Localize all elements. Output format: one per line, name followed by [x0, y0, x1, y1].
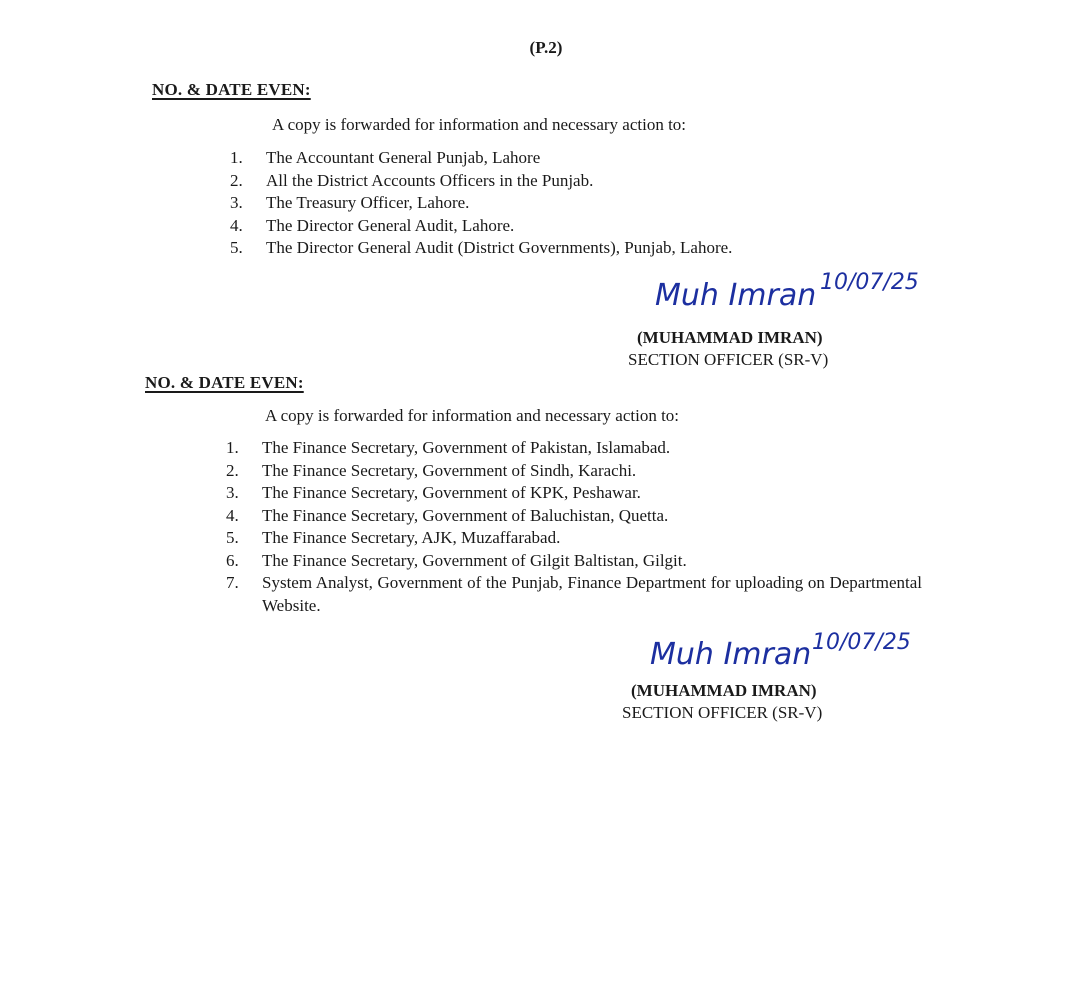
signature-date: 10/07/25 — [812, 630, 911, 655]
item-number: 5. — [230, 237, 266, 260]
item-number: 1. — [230, 147, 266, 170]
signature-date: 10/07/25 — [820, 270, 919, 295]
item-number: 4. — [230, 215, 266, 238]
item-text: The Treasury Officer, Lahore. — [266, 193, 469, 212]
list-item: 2.All the District Accounts Officers in … — [230, 170, 732, 193]
list-item: 3.The Finance Secretary, Government of K… — [226, 482, 922, 505]
page-number: (P.2) — [0, 38, 1080, 58]
list-item: 5.The Finance Secretary, AJK, Muzaffarab… — [226, 527, 922, 550]
item-number: 1. — [226, 437, 262, 460]
item-text: The Finance Secretary, Government of Gil… — [262, 551, 687, 570]
signatory-name: (MUHAMMAD IMRAN) — [637, 328, 823, 348]
item-number: 2. — [226, 460, 262, 483]
item-text: The Finance Secretary, Government of KPK… — [262, 483, 641, 502]
list-item: 7.System Analyst, Government of the Punj… — [226, 572, 922, 617]
recipient-list: 1.The Accountant General Punjab, Lahore … — [230, 147, 732, 260]
item-text: The Finance Secretary, Government of Sin… — [262, 461, 636, 480]
list-item: 2.The Finance Secretary, Government of S… — [226, 460, 922, 483]
item-text: The Director General Audit, Lahore. — [266, 216, 514, 235]
list-item: 1.The Finance Secretary, Government of P… — [226, 437, 922, 460]
handwritten-signature: Muh Imran — [655, 278, 816, 313]
item-text: The Finance Secretary, Government of Pak… — [262, 438, 670, 457]
list-item: 4.The Finance Secretary, Government of B… — [226, 505, 922, 528]
list-item: 5.The Director General Audit (District G… — [230, 237, 732, 260]
section-intro: A copy is forwarded for information and … — [272, 115, 686, 135]
item-text: The Director General Audit (District Gov… — [266, 238, 732, 257]
handwritten-signature: Muh Imran — [650, 637, 811, 672]
item-number: 7. — [226, 572, 262, 617]
signatory-designation: SECTION OFFICER (SR-V) — [622, 703, 822, 723]
item-number: 4. — [226, 505, 262, 528]
section-intro: A copy is forwarded for information and … — [265, 406, 679, 426]
signatory-name: (MUHAMMAD IMRAN) — [631, 681, 817, 701]
list-item: 6.The Finance Secretary, Government of G… — [226, 550, 922, 573]
item-number: 3. — [230, 192, 266, 215]
section-heading: NO. & DATE EVEN: — [152, 80, 311, 100]
signatory-designation: SECTION OFFICER (SR-V) — [628, 350, 828, 370]
item-text: The Finance Secretary, AJK, Muzaffarabad… — [262, 528, 560, 547]
recipient-list: 1.The Finance Secretary, Government of P… — [226, 437, 922, 617]
item-text: All the District Accounts Officers in th… — [266, 171, 593, 190]
item-text: The Finance Secretary, Government of Bal… — [262, 506, 668, 525]
section-heading: NO. & DATE EVEN: — [145, 373, 304, 393]
list-item: 4.The Director General Audit, Lahore. — [230, 215, 732, 238]
item-text: System Analyst, Government of the Punjab… — [262, 572, 922, 617]
item-number: 6. — [226, 550, 262, 573]
list-item: 1.The Accountant General Punjab, Lahore — [230, 147, 732, 170]
item-number: 2. — [230, 170, 266, 193]
item-number: 3. — [226, 482, 262, 505]
item-text: The Accountant General Punjab, Lahore — [266, 148, 540, 167]
list-item: 3.The Treasury Officer, Lahore. — [230, 192, 732, 215]
item-number: 5. — [226, 527, 262, 550]
